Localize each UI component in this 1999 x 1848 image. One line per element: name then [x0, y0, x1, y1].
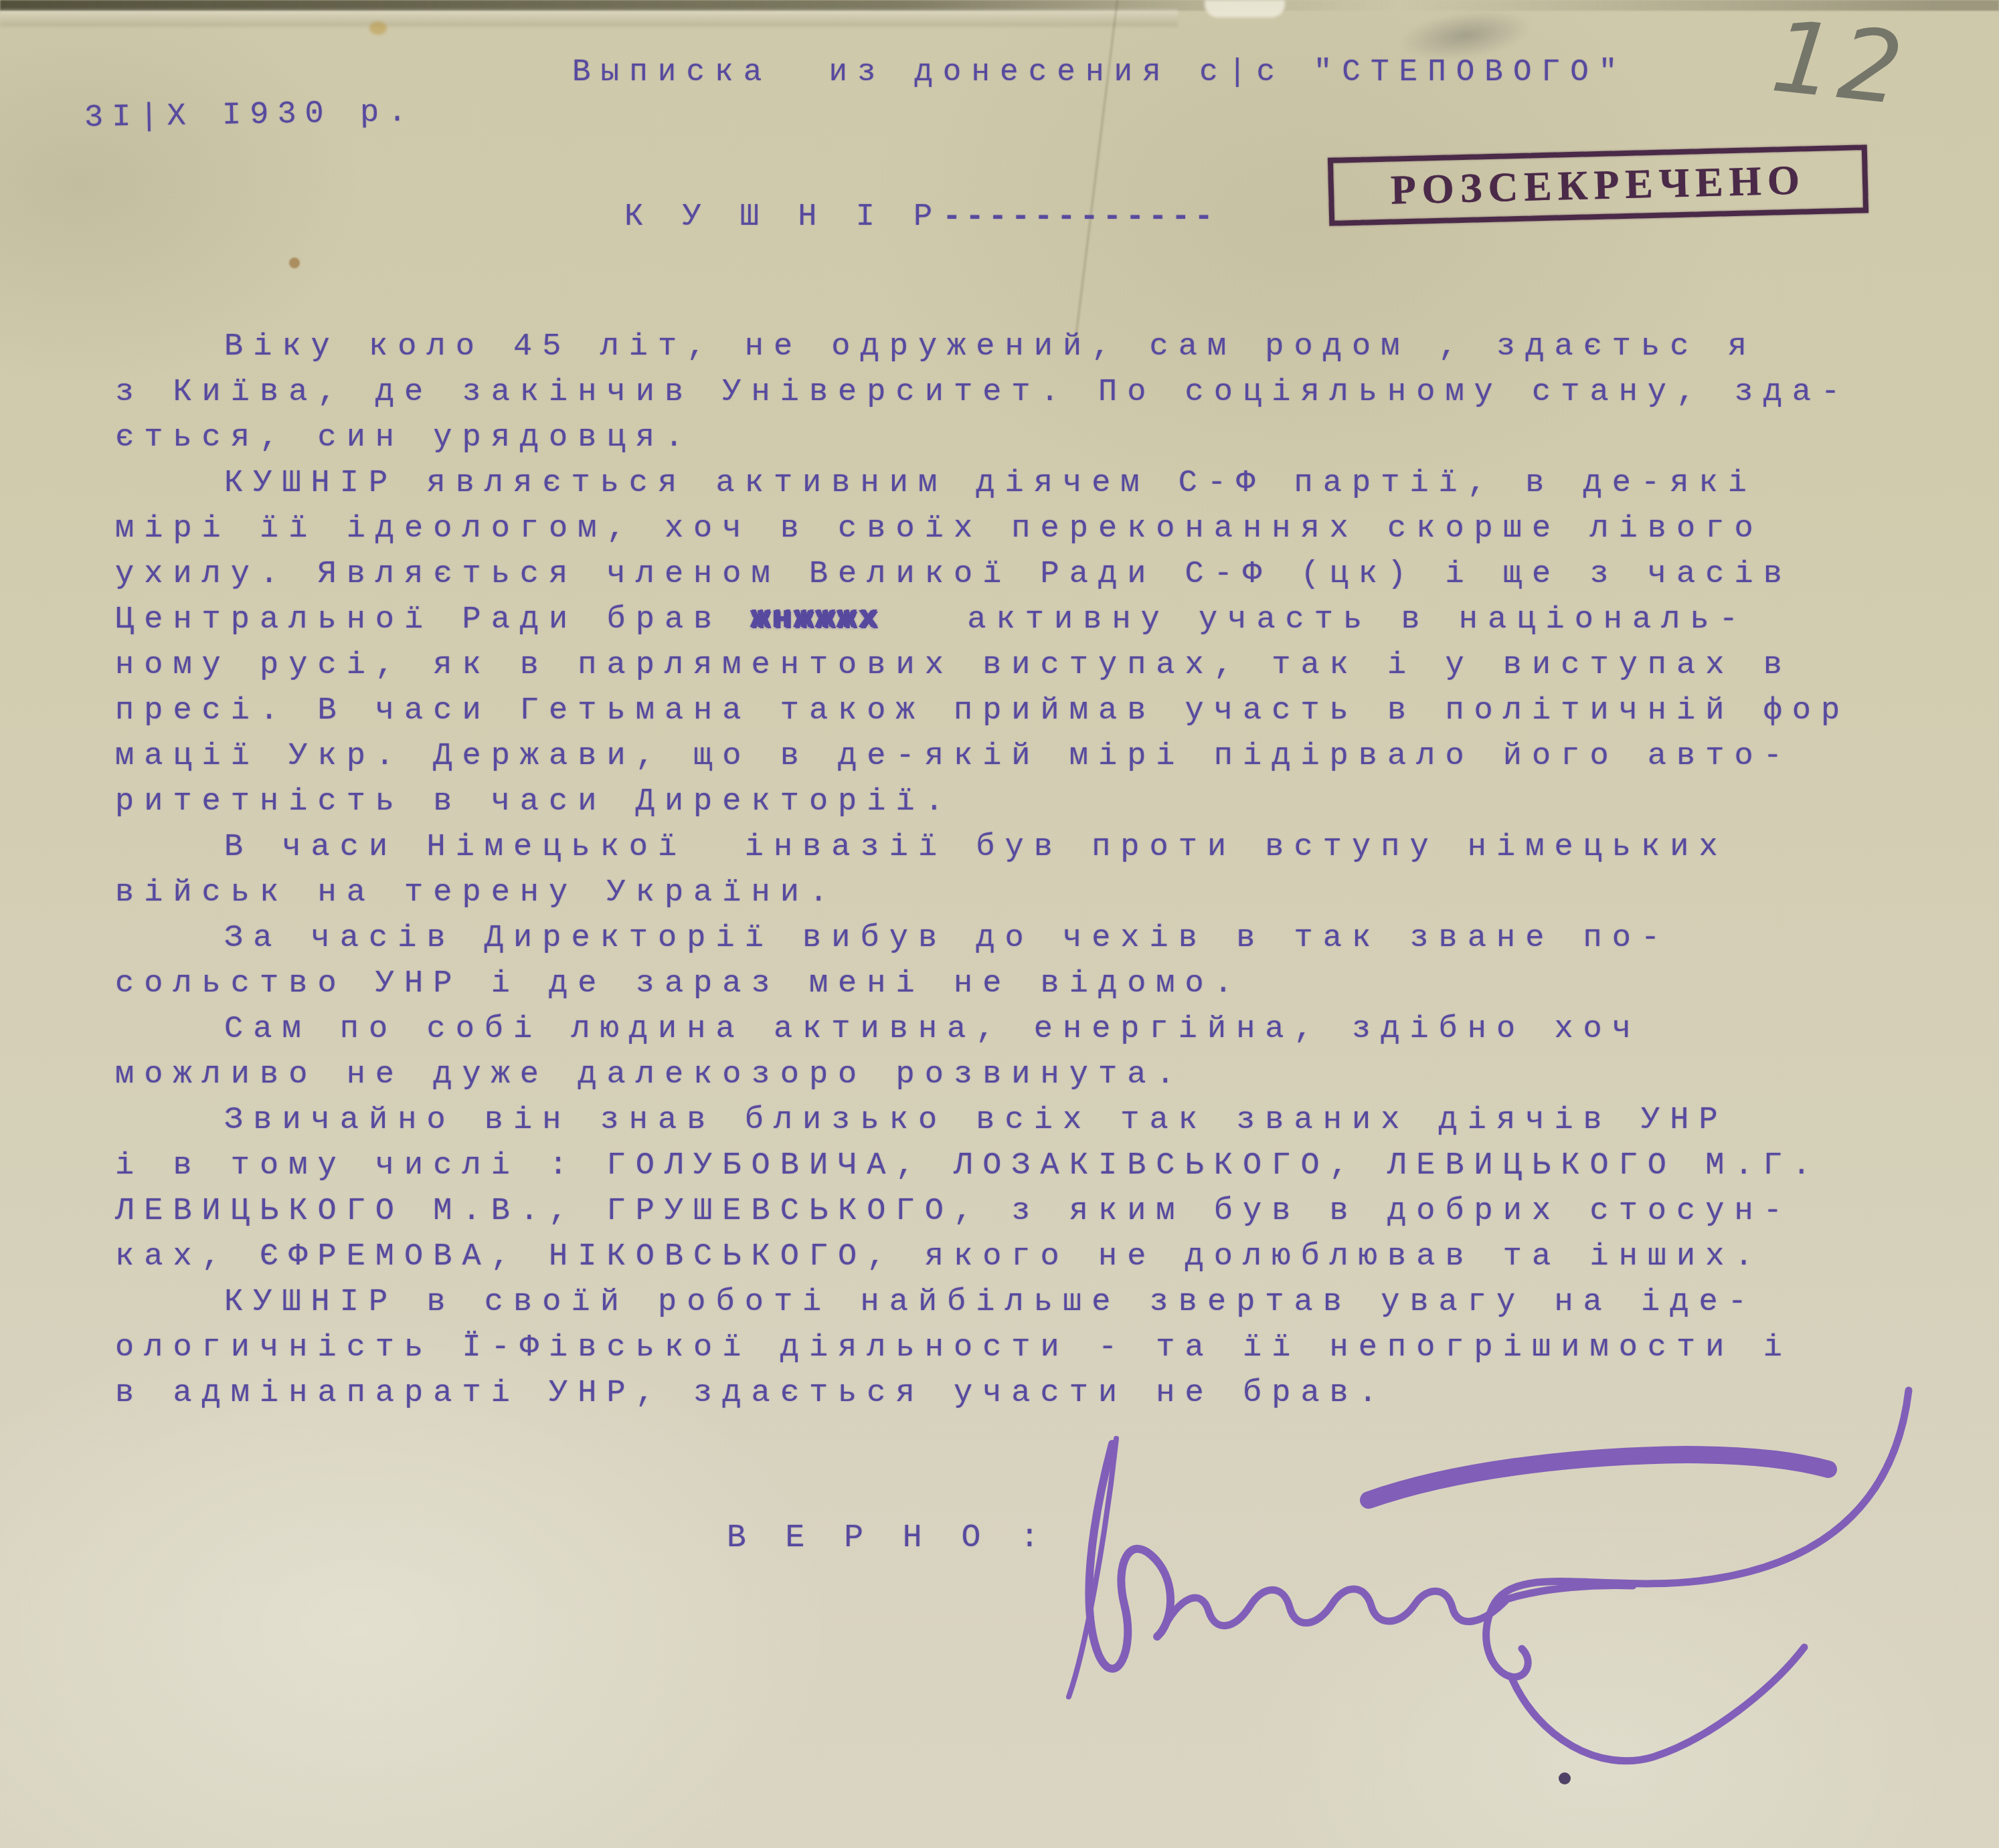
typed-dashes: ------------ — [942, 199, 1217, 235]
subject-line: К У Ш Н І Р------------ — [624, 199, 1217, 235]
paper-stain — [369, 21, 387, 35]
body-line: Сам по собі людина активна, енергійна, з… — [224, 1012, 1641, 1047]
subject-name: К У Ш Н І Р — [624, 199, 942, 235]
body-line: мірі її ідеологом, хоч в своїх переконан… — [115, 511, 1763, 547]
paper-crease — [1074, 0, 1118, 345]
body-line: ному русі, як в парляментових виступах, … — [115, 648, 1792, 683]
declassified-stamp: РОЗСЕКРЕЧЕНО — [1328, 145, 1868, 226]
body-line: в адмінапараті УНР, здається участи не б… — [115, 1376, 1387, 1411]
body-line: ках, ЄФРЕМОВА, НІКОВСЬКОГО, якого не дол… — [115, 1239, 1763, 1275]
body-line-segment: Центральної Ради брав — [115, 602, 752, 638]
body-line: КУШНІР являється активним діячем С-Ф пар… — [224, 466, 1757, 501]
body-line: мації Укр. Держави, що в де-якій мірі пі… — [115, 739, 1792, 774]
body-line: В часи Німецької інвазії був проти вступ… — [224, 830, 1728, 865]
certification-label: В Е Р Н О : — [727, 1520, 1049, 1556]
overstruck-word: жнжжжх — [752, 602, 881, 638]
scanned-document-page: 3І|X І930 р. Выписка из донесения с|с "С… — [0, 0, 1999, 1848]
body-line: військ на терену України. — [115, 875, 838, 911]
body-line: Центральної Ради брав жнжжжх активну уча… — [115, 602, 1748, 638]
body-line: Звичайно він знав близько всіх так звани… — [224, 1103, 1728, 1138]
paper-stain — [289, 258, 300, 268]
body-line: КУШНІР в своїй роботі найбільше звертав … — [224, 1285, 1757, 1320]
body-line: За часів Директорії вибув до чехів в так… — [224, 921, 1670, 956]
declassified-stamp-label: РОЗСЕКРЕЧЕНО — [1390, 157, 1806, 214]
body-line: з Київа, де закінчив Університет. По соц… — [115, 375, 1850, 410]
body-line: ЛЕВИЦЬКОГО М.В., ГРУШЕВСЬКОГО, з яким бу… — [115, 1194, 1792, 1229]
document-date: 3І|X І930 р. — [84, 95, 416, 136]
body-line: Віку коло 45 літ, не одружений, сам родо… — [224, 329, 1757, 365]
body-line: сольство УНР і де зараз мені не відомо. — [115, 966, 1243, 1002]
paper-tear-notch — [1205, 0, 1285, 17]
body-line: ється, син урядовця. — [115, 420, 693, 456]
handwritten-page-number: 12 — [1767, 0, 1912, 127]
body-line: ухилу. Являється членом Великої Ради С-Ф… — [115, 557, 1792, 592]
body-line: і в тому числі : ГОЛУБОВИЧА, ЛОЗАКІВСЬКО… — [115, 1148, 1821, 1184]
paper-fold — [0, 9, 1178, 27]
body-line: ритетність в часи Директорії. — [115, 784, 954, 820]
document-title: Выписка из донесения с|с "СТЕПОВОГО" — [572, 55, 1627, 90]
body-line-segment: активну участь в національ- — [881, 602, 1748, 638]
body-line: пресі. В часи Гетьмана також приймав уча… — [115, 693, 1850, 729]
body-line: ологичність Ї-Фівської діяльности - та ї… — [115, 1330, 1792, 1366]
body-line: можливо не дуже далекозоро розвинута. — [115, 1057, 1185, 1093]
